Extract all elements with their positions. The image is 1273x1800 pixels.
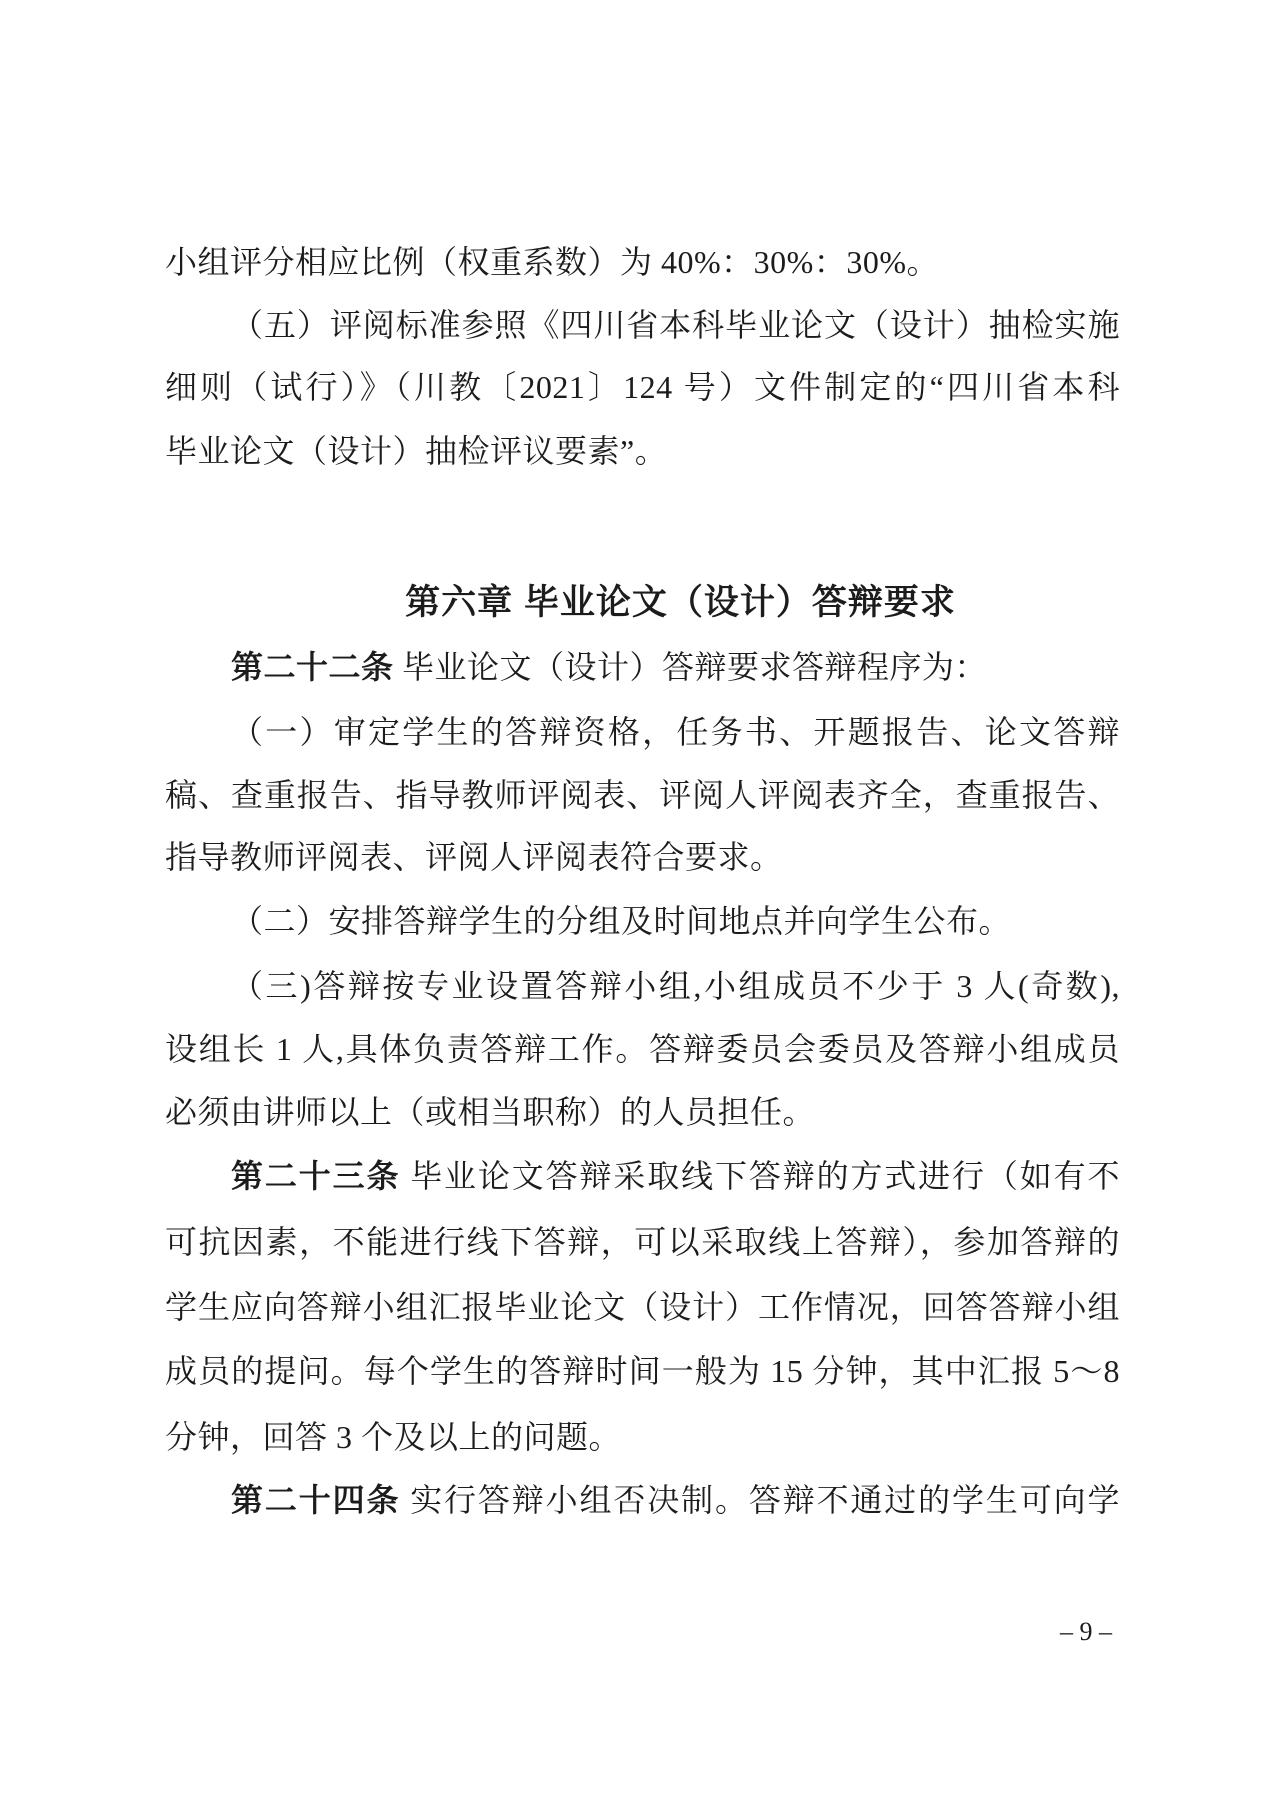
text-line-content: 学生应向答辩小组汇报毕业论文（设计）工作情况，回答答辩小组 bbox=[165, 1289, 1120, 1325]
page-number-text: – 9 – bbox=[1060, 1617, 1112, 1646]
text-line-content: （五）评阅标准参照《四川省本科毕业论文（设计）抽检实施 bbox=[231, 307, 1120, 343]
text-line: 成员的提问。每个学生的答辩时间一般为 15 分钟，其中汇报 5～8 bbox=[165, 1351, 1120, 1393]
text-line: （二）安排答辩学生的分组及时间地点并向学生公布。 bbox=[165, 901, 1120, 943]
text-line-content: 必须由讲师以上（或相当职称）的人员担任。 bbox=[165, 1094, 815, 1130]
text-line-content: （二）安排答辩学生的分组及时间地点并向学生公布。 bbox=[231, 903, 1011, 939]
text-line: 指导教师评阅表、评阅人评阅表符合要求。 bbox=[165, 837, 1120, 879]
text-line: 第二十二条 毕业论文（设计）答辩要求答辩程序为： bbox=[165, 647, 1120, 689]
text-line: 分钟，回答 3 个及以上的问题。 bbox=[165, 1417, 1120, 1459]
text-line: 小组评分相应比例（权重系数）为 40%：30%：30%。 bbox=[165, 242, 1120, 284]
text-line: 第二十三条 毕业论文答辩采取线下答辩的方式进行（如有不 bbox=[165, 1156, 1120, 1198]
text-line: （五）评阅标准参照《四川省本科毕业论文（设计）抽检实施 bbox=[165, 305, 1120, 347]
text-line-content: 细则（试行）》（川教〔2021〕124 号）文件制定的“四川省本科 bbox=[165, 369, 1120, 405]
text-line-content: （三)答辩按专业设置答辩小组,小组成员不少于 3 人(奇数), bbox=[231, 968, 1120, 1004]
text-line: （三)答辩按专业设置答辩小组,小组成员不少于 3 人(奇数), bbox=[165, 966, 1120, 1008]
text-line: 必须由讲师以上（或相当职称）的人员担任。 bbox=[165, 1092, 1120, 1134]
document-page: 小组评分相应比例（权重系数）为 40%：30%：30%。 （五）评阅标准参照《四… bbox=[0, 0, 1273, 1800]
text-line: 细则（试行）》（川教〔2021〕124 号）文件制定的“四川省本科 bbox=[165, 367, 1120, 409]
text-line-content: 指导教师评阅表、评阅人评阅表符合要求。 bbox=[165, 839, 783, 875]
page-number: – 9 – bbox=[165, 1617, 1120, 1647]
text-line: 可抗因素，不能进行线下答辩，可以采取线上答辩），参加答辩的 bbox=[165, 1222, 1120, 1264]
text-line-content: 小组评分相应比例（权重系数）为 40%：30%：30%。 bbox=[165, 244, 939, 280]
text-line-content: 实行答辩小组否决制。答辩不通过的学生可向学 bbox=[400, 1482, 1120, 1518]
chapter-heading: 第六章 毕业论文（设计）答辩要求 bbox=[165, 582, 1120, 624]
text-line: （一）审定学生的答辩资格，任务书、开题报告、论文答辩 bbox=[165, 712, 1120, 754]
text-line: 学生应向答辩小组汇报毕业论文（设计）工作情况，回答答辩小组 bbox=[165, 1287, 1120, 1329]
text-line: 毕业论文（设计）抽检评议要素”。 bbox=[165, 431, 1120, 473]
text-line-content: 毕业论文（设计）答辩要求答辩程序为： bbox=[394, 649, 988, 685]
text-line-content: 可抗因素，不能进行线下答辩，可以采取线上答辩），参加答辩的 bbox=[165, 1224, 1120, 1260]
text-line-content: （一）审定学生的答辩资格，任务书、开题报告、论文答辩 bbox=[231, 714, 1120, 750]
text-line-content: 成员的提问。每个学生的答辩时间一般为 15 分钟，其中汇报 5～8 bbox=[165, 1353, 1120, 1389]
text-line: 第二十四条 实行答辩小组否决制。答辩不通过的学生可向学 bbox=[165, 1480, 1120, 1522]
text-line-content: 稿、查重报告、指导教师评阅表、评阅人评阅表齐全，查重报告、 bbox=[165, 777, 1120, 813]
text-line-content: 毕业论文答辩采取线下答辩的方式进行（如有不 bbox=[400, 1158, 1120, 1194]
article-number-bold: 第二十二条 bbox=[231, 649, 394, 685]
text-line: 稿、查重报告、指导教师评阅表、评阅人评阅表齐全，查重报告、 bbox=[165, 775, 1120, 817]
article-number-bold: 第二十三条 bbox=[231, 1158, 400, 1194]
text-line-content: 分钟，回答 3 个及以上的问题。 bbox=[165, 1419, 621, 1455]
text-line-content: 设组长 1 人,具体负责答辩工作。答辩委员会委员及答辩小组成员 bbox=[165, 1031, 1120, 1067]
article-number-bold: 第二十四条 bbox=[231, 1482, 400, 1518]
text-line-content: 毕业论文（设计）抽检评议要素”。 bbox=[165, 433, 667, 469]
chapter-heading-text: 第六章 毕业论文（设计）答辩要求 bbox=[405, 583, 956, 622]
text-line: 设组长 1 人,具体负责答辩工作。答辩委员会委员及答辩小组成员 bbox=[165, 1029, 1120, 1071]
